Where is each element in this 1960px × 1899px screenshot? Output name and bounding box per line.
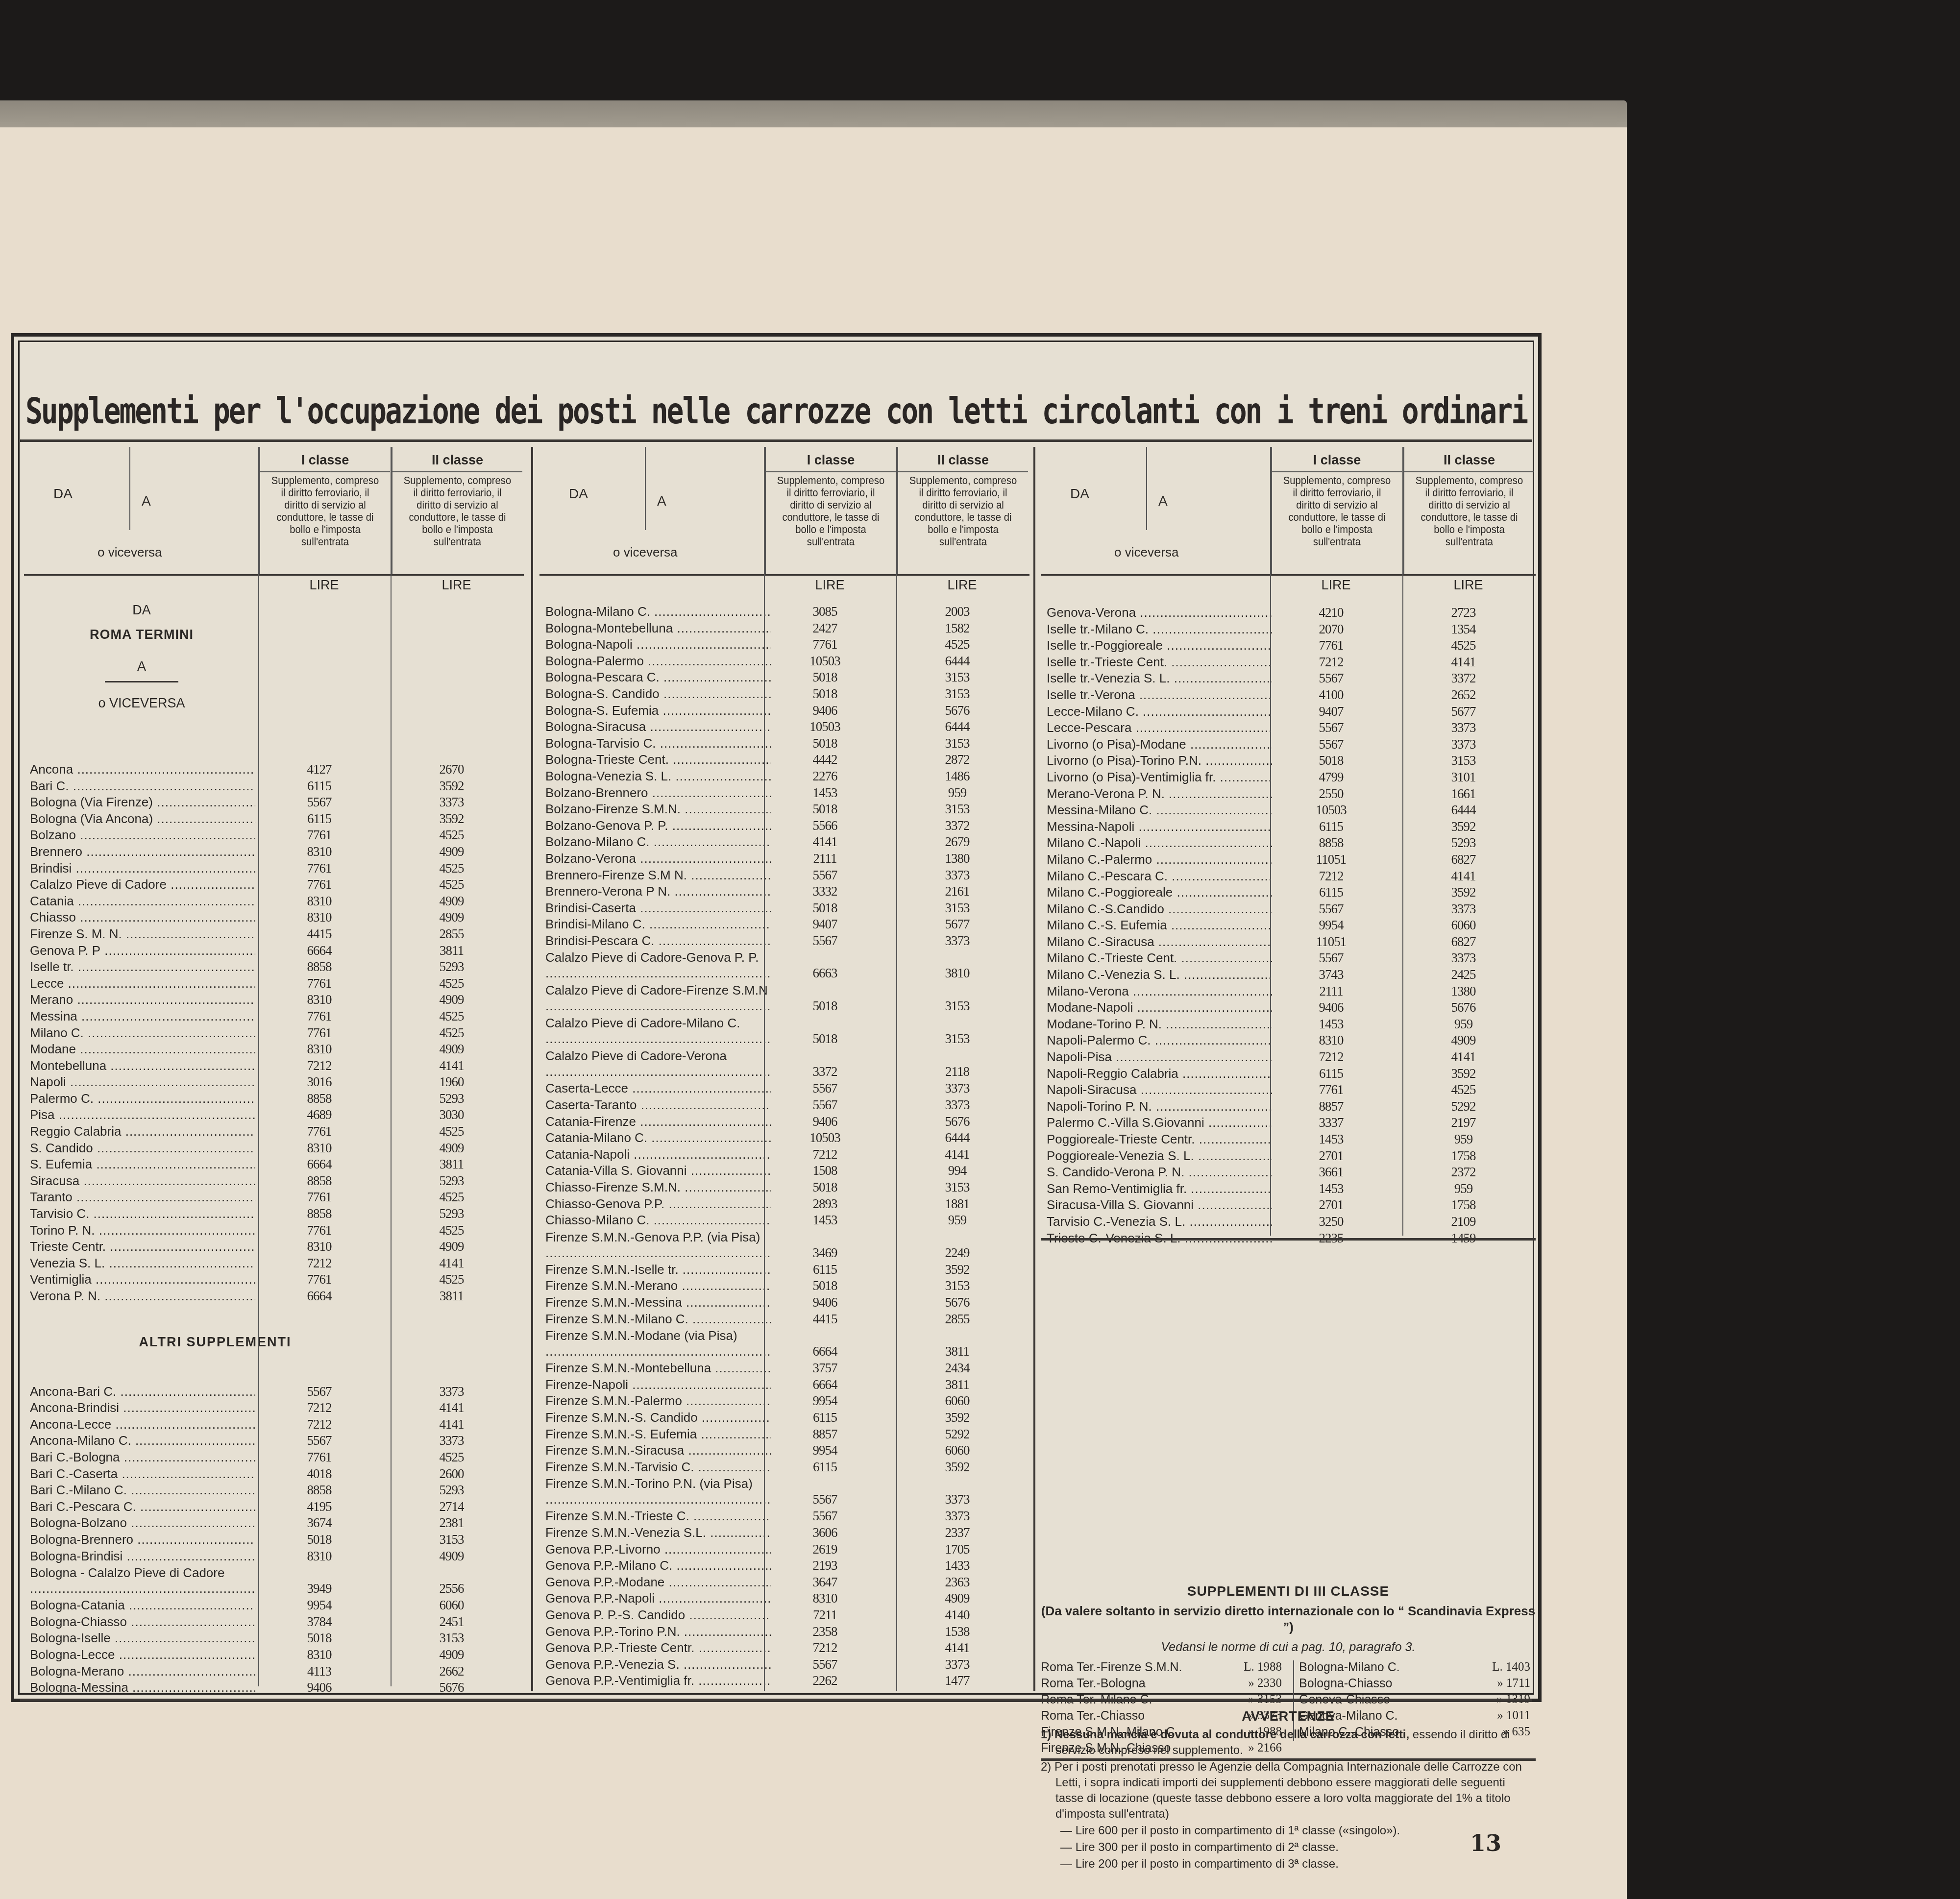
price-class-1: 3469 xyxy=(760,1245,890,1261)
price-class-1: 6663 xyxy=(760,966,890,981)
price-class-1: 9954 xyxy=(1266,918,1396,933)
price-class-2: 3373 xyxy=(892,868,1022,883)
third-class-subtitle: (Da valere soltanto in servizio diretto … xyxy=(1041,1603,1536,1635)
price-class-2: 5676 xyxy=(892,703,1022,718)
table-row: Firenze-Napoli66643811 xyxy=(539,1377,1029,1394)
route-name: Bari C.-Milano C. xyxy=(30,1483,255,1498)
route-name: S. Candido xyxy=(30,1141,255,1156)
price-class-1: 3743 xyxy=(1266,967,1396,982)
table-row: Firenze S.M.N.-Venezia S.L.36062337 xyxy=(539,1525,1029,1542)
route-name: Napoli-Siracusa xyxy=(1047,1082,1272,1097)
price-class-2: 2003 xyxy=(892,604,1022,619)
price-class-1: 5567 xyxy=(760,1097,890,1113)
route-name: Milano C.-Siracusa xyxy=(1047,934,1272,949)
price-class-2: 3372 xyxy=(892,818,1022,833)
route-name: Poggioreale-Trieste Centr. xyxy=(1047,1132,1272,1147)
route-name: Bolzano-Milano C. xyxy=(545,834,771,850)
grid-line xyxy=(1402,447,1403,1236)
price-class-2: 2197 xyxy=(1398,1115,1528,1130)
price-class-1: 7212 xyxy=(760,1640,890,1656)
route-name: Pisa xyxy=(30,1107,255,1122)
route-name: Brindisi xyxy=(30,861,255,876)
price-class-2: 4909 xyxy=(387,844,516,859)
price-class-2: 4525 xyxy=(387,877,516,892)
grid-line xyxy=(258,447,259,1686)
route-name: Bolzano-Verona xyxy=(545,851,771,866)
altri-table-col1: Ancona-Bari C.55673373Ancona-Brindisi721… xyxy=(24,1384,524,1697)
route-name: Merano-Verona P. N. xyxy=(1047,786,1272,802)
price-class-2: 3373 xyxy=(892,933,1022,949)
table-row: Firenze S.M.N.-Siracusa99546060 xyxy=(539,1443,1029,1460)
price-class-1: 5018 xyxy=(254,1532,384,1547)
roma-termini-block: DA ROMA TERMINI A o VICEVERSA xyxy=(24,595,259,762)
header-da: DA xyxy=(53,486,73,502)
table-row: Verona P. N.66643811 xyxy=(24,1289,524,1305)
price-class-1: 7212 xyxy=(1266,1049,1396,1065)
price-class-1: 6115 xyxy=(1266,885,1396,900)
price-class-1: 8310 xyxy=(254,894,384,909)
price-class-1: 5567 xyxy=(254,1433,384,1448)
table-row: Genova P.P.-Venezia S.55673373 xyxy=(539,1657,1029,1674)
column-3: DA A o viceversa I classe Supplemento, c… xyxy=(1041,447,1536,1247)
table-row: Brindisi-Pescara C.55673373 xyxy=(539,933,1029,950)
price-class-1: 4100 xyxy=(1266,687,1396,703)
header-a: A xyxy=(657,493,666,509)
table-row: Lecce77614525 xyxy=(24,976,524,993)
route-name: Palermo C.-Villa S.Giovanni xyxy=(1047,1115,1272,1130)
table-row: Firenze S.M.N.-Trieste C.55673373 xyxy=(539,1509,1029,1525)
route-name: Bologna-S. Candido xyxy=(545,686,771,702)
price-class-2: 4909 xyxy=(387,992,516,1007)
table-row: Calalzo Pieve di Cadore-Milano C.5018315… xyxy=(539,1015,1029,1048)
table-row: Bolzano-Genova P. P.55663372 xyxy=(539,818,1029,835)
column-2: DA A o viceversa I classe Supplemento, c… xyxy=(539,447,1029,1690)
grid-line xyxy=(896,447,897,1691)
route-name: Napoli-Palermo C. xyxy=(1047,1033,1272,1048)
table-row: Merano83104909 xyxy=(24,992,524,1009)
route-name: Firenze S.M.N.-Palermo xyxy=(545,1393,771,1409)
price-class-2: 5293 xyxy=(387,1173,516,1189)
third-class-row: Bologna-Milano C.L. 1403 xyxy=(1299,1660,1534,1677)
route-name: Milano C.-Pescara C. xyxy=(1047,869,1272,884)
route-name: Bologna-Messina xyxy=(30,1680,255,1695)
price-class-1: 9407 xyxy=(1266,704,1396,719)
table-row: Bologna-Merano41132662 xyxy=(24,1664,524,1680)
price-class-2: 5292 xyxy=(1398,1099,1528,1114)
price-class-2: 3811 xyxy=(892,1344,1022,1359)
table-row: Catania-Napoli72124141 xyxy=(539,1147,1029,1164)
table-row: Bari C.-Pescara C.41952714 xyxy=(24,1499,524,1516)
price-class-1: 2701 xyxy=(1266,1148,1396,1164)
table-row: Bologna-Trieste Cent.44422872 xyxy=(539,752,1029,769)
route-name: Ancona-Lecce xyxy=(30,1417,255,1432)
table-row: Brennero-Firenze S.M N.55673373 xyxy=(539,868,1029,884)
table-row: Chiasso-Genova P.P.28931881 xyxy=(539,1196,1029,1213)
class-2-label: II classe xyxy=(898,447,1028,472)
price-class-1: 6115 xyxy=(760,1262,890,1277)
table-row: Reggio Calabria77614525 xyxy=(24,1124,524,1141)
route-name: Calalzo Pieve di Cadore-Firenze S.M.N xyxy=(545,982,771,1014)
price-class-2: 4909 xyxy=(387,910,516,925)
price-class-2: 1582 xyxy=(892,621,1022,636)
route-name: Lecce xyxy=(30,976,255,991)
price-class-2: 2670 xyxy=(387,762,516,777)
route-name: Bolzano-Firenze S.M.N. xyxy=(545,802,771,817)
table-row: Merano-Verona P. N.25501661 xyxy=(1041,786,1536,803)
table-row: Firenze S.M.N.-Tarvisio C.61153592 xyxy=(539,1460,1029,1476)
table-row: Bologna-Chiasso37842451 xyxy=(24,1614,524,1631)
table-row: Milano C.77614525 xyxy=(24,1025,524,1042)
price-class-2: 3373 xyxy=(892,1657,1022,1672)
currency-label: LIRE xyxy=(897,578,1027,593)
price-class-2: 2855 xyxy=(892,1312,1022,1327)
price-class-2: 1758 xyxy=(1398,1197,1528,1213)
route-name: Bologna-Chiasso xyxy=(1299,1677,1392,1690)
column-1: DA A o viceversa I classe Supplemento, c… xyxy=(24,447,524,1697)
route-name: Genova P.P.-Modane xyxy=(545,1575,771,1590)
route-name: Poggioreale-Venezia S. L. xyxy=(1047,1148,1272,1164)
page-title: Supplementi per l'occupazione dei posti … xyxy=(14,390,1538,432)
price-class-2: 3153 xyxy=(892,998,1022,1014)
route-name: Verona P. N. xyxy=(30,1289,255,1304)
price-class-2: 1380 xyxy=(1398,984,1528,999)
table-row: Firenze S.M.N.-S. Eufemia88575292 xyxy=(539,1427,1029,1443)
table-row: Milano-Verona21111380 xyxy=(1041,984,1536,1000)
price-class-1: 3337 xyxy=(1266,1115,1396,1130)
price-class-2: 3153 xyxy=(1398,753,1528,768)
price-class-2: 4141 xyxy=(387,1417,516,1432)
price-class-2: 3153 xyxy=(892,670,1022,685)
route-name: Livorno (o Pisa)-Ventimiglia fr. xyxy=(1047,770,1272,785)
price-class-1: 8857 xyxy=(1266,1099,1396,1114)
route-name: Catania xyxy=(30,894,255,909)
price-class-1: 4442 xyxy=(760,752,890,767)
price-class-2: 2652 xyxy=(1398,687,1528,703)
page-number: 13 xyxy=(1470,1830,1501,1856)
route-name: Bari C. xyxy=(30,779,255,794)
column-divider xyxy=(1033,447,1035,1691)
route-name: Milano C.-Trieste Cent. xyxy=(1047,950,1272,966)
table-row: Bologna-S. Eufemia94065676 xyxy=(539,703,1029,720)
price-class-1: 5567 xyxy=(760,1509,890,1524)
price-class-1: 2111 xyxy=(1266,984,1396,999)
route-name: Chiasso-Genova P.P. xyxy=(545,1196,771,1212)
table-row: Venezia S. L.72124141 xyxy=(24,1256,524,1272)
price-class-1: 6664 xyxy=(760,1344,890,1359)
table-row: Caserta-Lecce55673373 xyxy=(539,1081,1029,1097)
price-class-2: 2337 xyxy=(892,1525,1022,1540)
table-row: Calalzo Pieve di Cadore77614525 xyxy=(24,877,524,894)
price-class-2: 3373 xyxy=(892,1097,1022,1113)
route-name: Brindisi-Milano C. xyxy=(545,917,771,932)
price-class-1: 6664 xyxy=(254,1157,384,1172)
price-class-2: 3153 xyxy=(892,802,1022,817)
price-class-2: 6827 xyxy=(1398,934,1528,949)
price-class-2: 4141 xyxy=(387,1400,516,1415)
route-name: Bolzano-Genova P. P. xyxy=(545,818,771,833)
table-frame: Supplementi per l'occupazione dei posti … xyxy=(11,333,1542,1702)
third-class-row: Roma Ter.-Firenze S.M.N.L. 1988 xyxy=(1041,1660,1286,1677)
route-name: Chiasso-Milano C. xyxy=(545,1213,771,1228)
price-class-1: 5567 xyxy=(760,1657,890,1672)
price-class-2: 959 xyxy=(1398,1181,1528,1196)
price-class-2: 1960 xyxy=(387,1074,516,1090)
table-row: Calalzo Pieve di Cadore-Genova P. P.6663… xyxy=(539,949,1029,982)
price-class-1: 4141 xyxy=(760,834,890,850)
price-class-1: 7211 xyxy=(760,1607,890,1623)
third-class-row: Roma Ter.-Bologna» 2330 xyxy=(1041,1677,1286,1693)
price-class-1: 8310 xyxy=(254,1239,384,1254)
price-class-1: 5018 xyxy=(254,1631,384,1646)
class-1-desc: Supplemento, compreso il diritto ferrovi… xyxy=(771,472,891,548)
price-class-1: 3784 xyxy=(254,1614,384,1630)
price-class-2: 3373 xyxy=(1398,901,1528,917)
price-class-1: 9406 xyxy=(760,703,890,718)
table-row: Bologna-Lecce83104909 xyxy=(24,1647,524,1664)
price-class-1: 1453 xyxy=(1266,1181,1396,1196)
route-name: Roma Ter.-Bologna xyxy=(1041,1677,1146,1690)
price-class-1: 1508 xyxy=(760,1163,890,1178)
table-row: Catania-Milano C.105036444 xyxy=(539,1130,1029,1147)
table-row: Genova P.P.-Trieste Centr.72124141 xyxy=(539,1640,1029,1657)
price-class-2: 2381 xyxy=(387,1515,516,1531)
price-class-1: 5567 xyxy=(254,1384,384,1399)
price-class-1: 9954 xyxy=(760,1443,890,1458)
price-class-1: 5018 xyxy=(760,736,890,751)
table-row: Iselle tr.-Milano C.20701354 xyxy=(1041,622,1536,638)
price-class-1: 1453 xyxy=(1266,1017,1396,1032)
altri-table-col3: Genova-Verona42102723Iselle tr.-Milano C… xyxy=(1041,605,1536,1247)
route-name: Bolzano xyxy=(30,828,255,843)
table-row: Brindisi77614525 xyxy=(24,861,524,877)
table-row: Bologna-Brennero50183153 xyxy=(24,1532,524,1549)
route-name: Calalzo Pieve di Cadore-Milano C. xyxy=(545,1015,771,1047)
table-row: Milano C.-Venezia S. L.37432425 xyxy=(1041,967,1536,984)
route-name: Messina-Napoli xyxy=(1047,819,1272,834)
table-row: Firenze S.M.N.-Merano50183153 xyxy=(539,1278,1029,1295)
route-name: Iselle tr. xyxy=(30,959,255,974)
price-class-2: 4141 xyxy=(387,1058,516,1073)
price-class-2: 2714 xyxy=(387,1499,516,1514)
price-class-2: 4525 xyxy=(387,976,516,991)
route-name: San Remo-Ventimiglia fr. xyxy=(1047,1181,1272,1196)
price-class-2: 959 xyxy=(892,1213,1022,1228)
price-class-2: 4525 xyxy=(387,1190,516,1205)
price-class-1: 4018 xyxy=(254,1466,384,1482)
price-class-2: 6444 xyxy=(1398,803,1528,818)
route-name: Bologna-Tarvisio C. xyxy=(545,736,771,751)
class-1-label: I classe xyxy=(766,447,896,472)
price-class-1: 7212 xyxy=(760,1147,890,1162)
header-a: A xyxy=(1158,493,1168,509)
route-name: Tarvisio C. xyxy=(30,1206,255,1221)
table-row: Tarvisio C.-Venezia S. L.32502109 xyxy=(1041,1214,1536,1231)
table-row: S. Candido-Verona P. N.36612372 xyxy=(1041,1165,1536,1181)
price-class-1: 11051 xyxy=(1266,852,1396,867)
price-class-1: 6664 xyxy=(254,943,384,958)
table-row: Palermo C.-Villa S.Giovanni33372197 xyxy=(1041,1115,1536,1132)
route-name: Firenze-Napoli xyxy=(545,1377,771,1392)
table-row: Montebelluna72124141 xyxy=(24,1058,524,1075)
header-viceversa: o viceversa xyxy=(613,545,678,560)
table-row: Firenze S.M.N.-Montebelluna37572434 xyxy=(539,1361,1029,1377)
price-class-2: 3592 xyxy=(1398,885,1528,900)
route-name: Catania-Firenze xyxy=(545,1114,771,1129)
price-class-1: 9406 xyxy=(760,1114,890,1129)
price-class-2: 5676 xyxy=(1398,1000,1528,1015)
header-class-1: I classe Supplemento, compreso il diritt… xyxy=(765,447,896,574)
table-row: Bologna-Iselle50183153 xyxy=(24,1631,524,1647)
route-name: Bologna-Merano xyxy=(30,1664,255,1679)
price-class-2: 4525 xyxy=(387,1009,516,1024)
price-class-2: 1380 xyxy=(892,851,1022,866)
route-name: Iselle tr.-Venezia S. L. xyxy=(1047,671,1272,686)
table-row: Firenze S. M. N.44152855 xyxy=(24,926,524,943)
price-class-1: 5567 xyxy=(760,1492,890,1507)
table-row: Messina-Milano C.105036444 xyxy=(1041,803,1536,819)
table-row: Milano C.-Trieste Cent.55673373 xyxy=(1041,950,1536,967)
route-name: Brindisi-Caserta xyxy=(545,901,771,916)
table-row: Poggioreale-Trieste Centr.1453959 xyxy=(1041,1132,1536,1148)
route-name: Milano C.-Napoli xyxy=(1047,835,1272,851)
price-class-1: 2619 xyxy=(760,1542,890,1557)
price-class-2: 5293 xyxy=(387,959,516,974)
table-row: Lecce-Pescara55673373 xyxy=(1041,720,1536,737)
table-row: Bologna-S. Candido50183153 xyxy=(539,686,1029,703)
avvertenza-1: 1) Nessuna mancia è dovuta al conduttore… xyxy=(1041,1727,1536,1758)
price-class-1: 7761 xyxy=(254,976,384,991)
price-class-2: 4525 xyxy=(387,1124,516,1139)
route-name: Trieste Centr. xyxy=(30,1239,255,1254)
price-class-2: 3373 xyxy=(387,795,516,810)
price-class-2: 4525 xyxy=(387,828,516,843)
route-name: Calalzo Pieve di Cadore-Genova P. P. xyxy=(545,949,771,981)
header-divider xyxy=(129,447,130,530)
table-row: San Remo-Ventimiglia fr.1453959 xyxy=(1041,1181,1536,1198)
table-row: Calalzo Pieve di Cadore-Verona33722118 xyxy=(539,1048,1029,1081)
route-name: Messina-Milano C. xyxy=(1047,803,1272,818)
route-name: Genova P. P.-S. Candido xyxy=(545,1607,771,1623)
price-class-2: 4909 xyxy=(892,1591,1022,1606)
price-class-1: 3016 xyxy=(254,1074,384,1090)
header-class-1: I classe Supplemento, compreso il diritt… xyxy=(1271,447,1402,574)
route-name: Taranto xyxy=(30,1190,255,1205)
price-class-1: 7212 xyxy=(254,1417,384,1432)
route-name: Iselle tr.-Verona xyxy=(1047,687,1272,703)
price-class-2: 2118 xyxy=(892,1064,1022,1079)
table-row: Chiasso-Milano C.1453959 xyxy=(539,1213,1029,1229)
price-class-1: 7212 xyxy=(1266,869,1396,884)
book-page: Supplementi per l'occupazione dei posti … xyxy=(0,127,1627,1899)
price-class-1: 3332 xyxy=(760,884,890,899)
route-name: Firenze S.M.N.-Milano C. xyxy=(545,1312,771,1327)
column-header: DA A o viceversa I classe Supplemento, c… xyxy=(24,447,524,576)
route-name: Calalzo Pieve di Cadore xyxy=(30,877,255,892)
price-class-1: 8310 xyxy=(254,1549,384,1564)
price-class-2: 3592 xyxy=(387,811,516,827)
route-name: Bologna-Venezia S. L. xyxy=(545,769,771,784)
price-class-1: 5567 xyxy=(760,1081,890,1096)
table-row: Livorno (o Pisa)-Modane55673373 xyxy=(1041,737,1536,754)
table-row: Bologna-Tarvisio C.50183153 xyxy=(539,736,1029,753)
table-row: Bologna-Napoli77614525 xyxy=(539,637,1029,654)
route-name: Venezia S. L. xyxy=(30,1256,255,1271)
route-name: Bologna-Bolzano xyxy=(30,1515,255,1531)
currency-label: LIRE xyxy=(1403,578,1533,593)
class-2-label: II classe xyxy=(1404,447,1534,472)
price-class-1: 2262 xyxy=(760,1673,890,1688)
price-class-1: 2276 xyxy=(760,769,890,784)
currency-label: LIRE xyxy=(765,578,895,593)
price-class-1: 6115 xyxy=(1266,819,1396,834)
route-name: Torino P. N. xyxy=(30,1223,255,1238)
table-row: Milano C.-Palermo110516827 xyxy=(1041,852,1536,869)
table-row: Modane83104909 xyxy=(24,1042,524,1058)
price-class-1: 7761 xyxy=(254,1124,384,1139)
roma-da: DA xyxy=(24,603,259,618)
price-class-1: 7761 xyxy=(1266,638,1396,653)
price-class-1: 1453 xyxy=(1266,1132,1396,1147)
price-class-1: 8310 xyxy=(254,1141,384,1156)
class-2-desc: Supplemento, compreso il diritto ferrovi… xyxy=(398,472,517,548)
price-class-1: 10503 xyxy=(760,719,890,734)
table-row: Bologna-Palermo105036444 xyxy=(539,654,1029,670)
price-class-2: 1705 xyxy=(892,1542,1022,1557)
table-row: Genova P. P66643811 xyxy=(24,943,524,960)
table-row: Genova P. P.-S. Candido72114140 xyxy=(539,1607,1029,1624)
table-row: Calalzo Pieve di Cadore-Firenze S.M.N501… xyxy=(539,982,1029,1015)
price-class-2: 4141 xyxy=(387,1256,516,1271)
price-class-2: 3372 xyxy=(1398,671,1528,686)
price-class-1: 5567 xyxy=(254,795,384,810)
price-class-1: 4210 xyxy=(1266,605,1396,620)
table-row: Catania-Firenze94065676 xyxy=(539,1114,1029,1131)
price-class-2: 5293 xyxy=(387,1483,516,1498)
route-name: Firenze S.M.N.-Modane (via Pisa) xyxy=(545,1328,771,1359)
price-class-1: 9406 xyxy=(254,1680,384,1695)
route-name: Bologna-Brennero xyxy=(30,1532,255,1547)
price-class-2: 3373 xyxy=(1398,737,1528,752)
table-row: Livorno (o Pisa)-Ventimiglia fr.47993101 xyxy=(1041,770,1536,786)
price-class-2: 3373 xyxy=(892,1081,1022,1096)
price-class-2: 3153 xyxy=(892,901,1022,916)
route-name: Bolzano-Brennero xyxy=(545,785,771,801)
route-name: Napoli xyxy=(30,1074,255,1090)
price-class-2: 2855 xyxy=(387,926,516,942)
route-name: Napoli-Reggio Calabria xyxy=(1047,1066,1272,1081)
price-class-1: 6115 xyxy=(254,811,384,827)
table-row: Taranto77614525 xyxy=(24,1190,524,1206)
price-class-2: 2161 xyxy=(892,884,1022,899)
avvertenza-2: 2) Per i posti prenotati presso le Agenz… xyxy=(1041,1759,1536,1822)
avvertenza-item: — Lire 600 per il posto in compartimento… xyxy=(1041,1823,1536,1839)
price-class-1: 7212 xyxy=(1266,655,1396,670)
table-row: Bologna-Brindisi83104909 xyxy=(24,1549,524,1565)
price-class-1: 5567 xyxy=(1266,737,1396,752)
route-name: S. Candido-Verona P. N. xyxy=(1047,1165,1272,1180)
route-name: Bologna-Pescara C. xyxy=(545,670,771,685)
price-class-1: 4415 xyxy=(760,1312,890,1327)
route-name: Milano C.-Poggioreale xyxy=(1047,885,1272,900)
price-class-2: 4909 xyxy=(1398,1033,1528,1048)
route-name: Firenze S.M.N.-Venezia S.L. xyxy=(545,1525,771,1540)
route-name: Napoli-Torino P. N. xyxy=(1047,1099,1272,1114)
price-class-2: 2662 xyxy=(387,1664,516,1679)
price-class-1: 9406 xyxy=(1266,1000,1396,1015)
route-name: Napoli-Pisa xyxy=(1047,1049,1272,1065)
table-row: Genova P.P.-Milano C.21931433 xyxy=(539,1558,1029,1575)
table-row: Genova P.P.-Ventimiglia fr.22621477 xyxy=(539,1673,1029,1690)
